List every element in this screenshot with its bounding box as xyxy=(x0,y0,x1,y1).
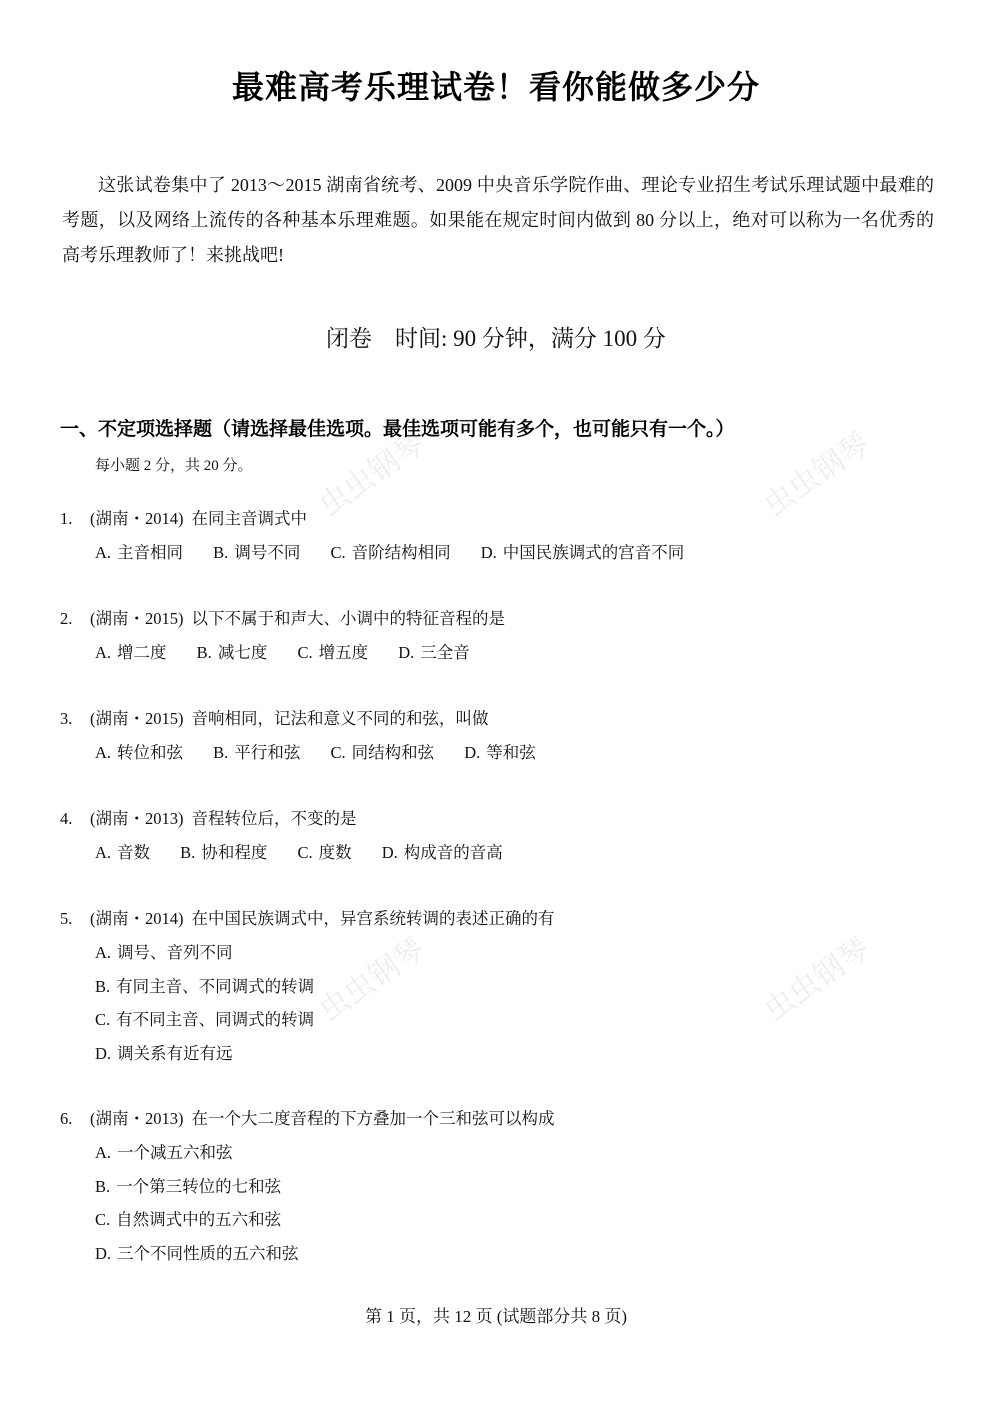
option-c[interactable]: C.音阶结构相同 xyxy=(330,536,450,570)
option-c[interactable]: C.有不同主音、同调式的转调 xyxy=(60,1003,555,1037)
option-d[interactable]: D.构成音的音高 xyxy=(382,836,503,870)
option-d[interactable]: D.三全音 xyxy=(398,636,470,670)
option-c[interactable]: C.自然调式中的五六和弦 xyxy=(60,1203,555,1237)
option-b[interactable]: B.协和程度 xyxy=(180,836,267,870)
page-footer: 第 1 页，共 12 页 (试题部分共 8 页) xyxy=(0,1302,992,1327)
question-6: 6.(湖南・2013)在一个大二度音程的下方叠加一个三和弦可以构成 A.一个减五… xyxy=(60,1102,555,1270)
question-source: (湖南・2014) xyxy=(90,909,184,928)
question-number: 1. xyxy=(60,502,90,536)
question-number: 2. xyxy=(60,602,90,636)
exam-info: 闭卷 时间: 90 分钟，满分 100 分 xyxy=(0,320,992,353)
question-5: 5.(湖南・2014)在中国民族调式中，异宫系统转调的表述正确的有 A.调号、音… xyxy=(60,902,555,1070)
intro-paragraph: 这张试卷集中了 2013～2015 湖南省统考、2009 中央音乐学院作曲、理论… xyxy=(62,168,934,273)
option-c[interactable]: C.同结构和弦 xyxy=(330,736,434,770)
question-source: (湖南・2015) xyxy=(90,709,184,728)
option-b[interactable]: B.有同主音、不同调式的转调 xyxy=(60,970,555,1004)
question-number: 5. xyxy=(60,902,90,936)
option-a[interactable]: A.调号、音列不同 xyxy=(60,936,555,970)
option-a[interactable]: A.主音相同 xyxy=(95,536,183,570)
question-number: 6. xyxy=(60,1102,90,1136)
option-c[interactable]: C.度数 xyxy=(297,836,351,870)
option-b[interactable]: B.平行和弦 xyxy=(213,736,300,770)
watermark: 虫虫钢琴 xyxy=(753,925,877,1030)
option-b[interactable]: B.一个第三转位的七和弦 xyxy=(60,1170,555,1204)
page-title: 最难高考乐理试卷！看你能做多少分 xyxy=(0,62,992,108)
question-text: 音响相同，记法和意义不同的和弦，叫做 xyxy=(192,709,489,728)
section-heading: 一、不定项选择题（请选择最佳选项。最佳选项可能有多个，也可能只有一个。） xyxy=(60,414,735,441)
question-text: 音程转位后，不变的是 xyxy=(192,809,357,828)
question-number: 3. xyxy=(60,702,90,736)
question-number: 4. xyxy=(60,802,90,836)
question-source: (湖南・2015) xyxy=(90,609,184,628)
question-text: 以下不属于和声大、小调中的特征音程的是 xyxy=(192,609,506,628)
option-d[interactable]: D.中国民族调式的宫音不同 xyxy=(481,536,685,570)
option-b[interactable]: B.调号不同 xyxy=(213,536,300,570)
question-source: (湖南・2013) xyxy=(90,1109,184,1128)
option-c[interactable]: C.增五度 xyxy=(297,636,368,670)
option-a[interactable]: A.一个减五六和弦 xyxy=(60,1136,555,1170)
question-2: 2.(湖南・2015)以下不属于和声大、小调中的特征音程的是 A.增二度 B.减… xyxy=(60,602,505,670)
option-d[interactable]: D.等和弦 xyxy=(464,736,536,770)
question-source: (湖南・2013) xyxy=(90,809,184,828)
question-text: 在一个大二度音程的下方叠加一个三和弦可以构成 xyxy=(192,1109,555,1128)
watermark: 虫虫钢琴 xyxy=(753,420,877,525)
question-source: (湖南・2014) xyxy=(90,509,184,528)
option-a[interactable]: A.转位和弦 xyxy=(95,736,183,770)
option-d[interactable]: D.三个不同性质的五六和弦 xyxy=(60,1237,555,1271)
option-a[interactable]: A.音数 xyxy=(95,836,150,870)
question-3: 3.(湖南・2015)音响相同，记法和意义不同的和弦，叫做 A.转位和弦 B.平… xyxy=(60,702,562,770)
question-4: 4.(湖南・2013)音程转位后，不变的是 A.音数 B.协和程度 C.度数 D… xyxy=(60,802,529,870)
option-d[interactable]: D.调关系有近有远 xyxy=(60,1037,555,1071)
question-text: 在同主音调式中 xyxy=(192,509,308,528)
option-a[interactable]: A.增二度 xyxy=(95,636,167,670)
section-scoring: 每小题 2 分，共 20 分。 xyxy=(95,454,253,475)
option-b[interactable]: B.减七度 xyxy=(197,636,268,670)
question-1: 1.(湖南・2014)在同主音调式中 A.主音相同 B.调号不同 C.音阶结构相… xyxy=(60,502,710,570)
question-text: 在中国民族调式中，异宫系统转调的表述正确的有 xyxy=(192,909,555,928)
